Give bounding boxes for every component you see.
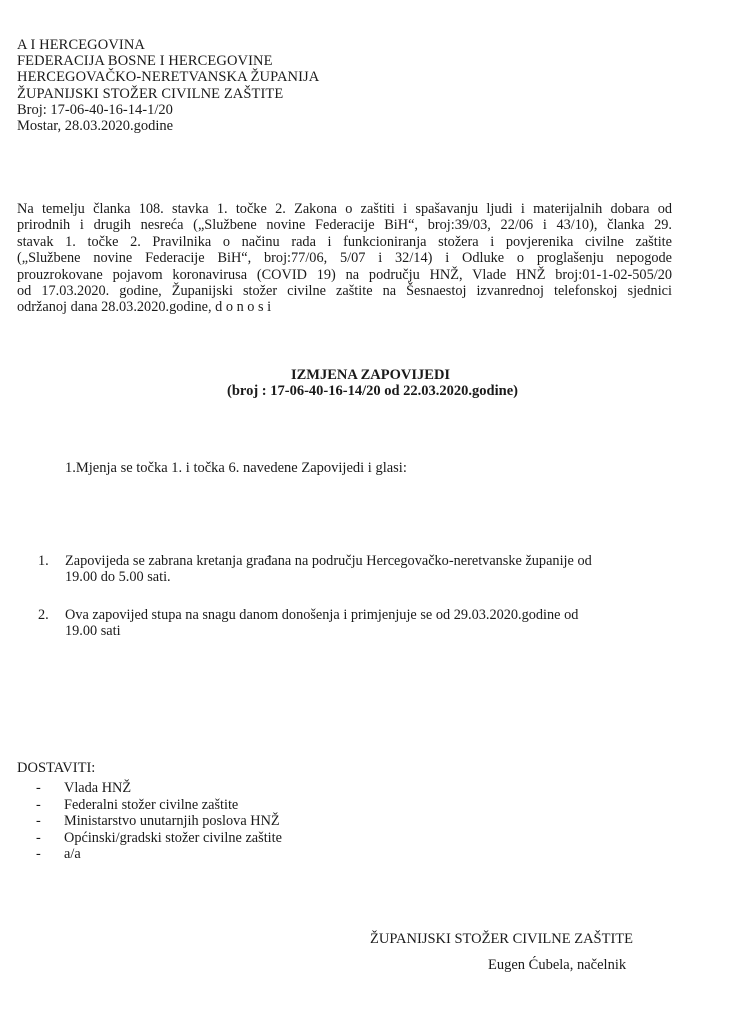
header-federation: FEDERACIJA BOSNE I HERCEGOVINE: [17, 53, 319, 69]
recipient-name: Vlada HNŽ: [64, 780, 131, 796]
document-reference: (broj : 17-06-40-16-14/20 od 22.03.2020.…: [0, 383, 733, 399]
signature-organization: ŽUPANIJSKI STOŽER CIVILNE ZAŠTITE: [370, 930, 633, 948]
dash-bullet-icon: -: [36, 830, 41, 847]
preamble-line: stavak 1. točke 2. Pravilnika o načinu r…: [17, 234, 672, 250]
order-text: Ova zapovijed stupa na snagu danom donoš…: [65, 607, 678, 623]
recipient-name: a/a: [64, 846, 81, 862]
preamble-line: („Službene novine Federacije BiH“, broj:…: [17, 250, 672, 266]
recipient-item: - Općinski/gradski stožer civilne zaštit…: [36, 830, 282, 847]
recipient-item: - a/a: [36, 846, 282, 863]
order-text: Zapovijeda se zabrana kretanja građana n…: [65, 553, 678, 569]
preamble-line: od 17.03.2020. godine, Županijski stožer…: [17, 283, 672, 299]
document-title: IZMJENA ZAPOVIJEDI: [0, 367, 733, 383]
preamble-line: prouzrokovane pojavom koronavirusa (COVI…: [17, 267, 672, 283]
preamble-line: Na temelju članka 108. stavka 1. točke 2…: [17, 201, 672, 217]
preamble-line: održanoj dana 28.03.2020.godine, d o n o…: [17, 299, 672, 315]
header-authority: ŽUPANIJSKI STOŽER CIVILNE ZAŠTITE: [17, 86, 319, 102]
document-title-block: IZMJENA ZAPOVIJEDI (broj : 17-06-40-16-1…: [0, 367, 733, 399]
signature-name: Eugen Ćubela, načelnik: [488, 956, 626, 974]
recipient-name: Federalni stožer civilne zaštite: [64, 797, 238, 813]
order-number: 1.: [38, 553, 49, 569]
order-text-continuation: 19.00 sati: [65, 623, 678, 639]
recipient-item: - Ministarstvo unutarnjih poslova HNŽ: [36, 813, 282, 830]
recipient-name: Općinski/gradski stožer civilne zaštite: [64, 830, 282, 846]
order-text-continuation: 19.00 do 5.00 sati.: [65, 569, 678, 585]
header-canton: HERCEGOVAČKO-NERETVANSKA ŽUPANIJA: [17, 69, 319, 85]
recipient-name: Ministarstvo unutarnjih poslova HNŽ: [64, 813, 280, 829]
dash-bullet-icon: -: [36, 813, 41, 830]
document-place-date: Mostar, 28.03.2020.godine: [17, 118, 319, 134]
order-number: 2.: [38, 607, 49, 623]
distribution-list: - Vlada HNŽ - Federalni stožer civilne z…: [36, 780, 282, 863]
recipient-item: - Federalni stožer civilne zaštite: [36, 797, 282, 814]
order-item: 2. Ova zapovijed stupa na snagu danom do…: [38, 607, 678, 639]
header-country: A I HERCEGOVINA: [17, 37, 319, 53]
dash-bullet-icon: -: [36, 780, 41, 797]
dash-bullet-icon: -: [36, 846, 41, 863]
distribution-label: DOSTAVITI:: [17, 759, 95, 777]
preamble-paragraph: Na temelju članka 108. stavka 1. točke 2…: [17, 201, 672, 316]
order-list: 1. Zapovijeda se zabrana kretanja građan…: [38, 553, 678, 661]
order-item: 1. Zapovijeda se zabrana kretanja građan…: [38, 553, 678, 585]
amendment-intro: 1.Mjenja se točka 1. i točka 6. navedene…: [65, 459, 407, 477]
document-header: A I HERCEGOVINA FEDERACIJA BOSNE I HERCE…: [17, 37, 319, 134]
document-number: Broj: 17-06-40-16-14-1/20: [17, 102, 319, 118]
recipient-item: - Vlada HNŽ: [36, 780, 282, 797]
dash-bullet-icon: -: [36, 797, 41, 814]
preamble-line: prirodnih i drugih nesreća („Službene no…: [17, 217, 672, 233]
